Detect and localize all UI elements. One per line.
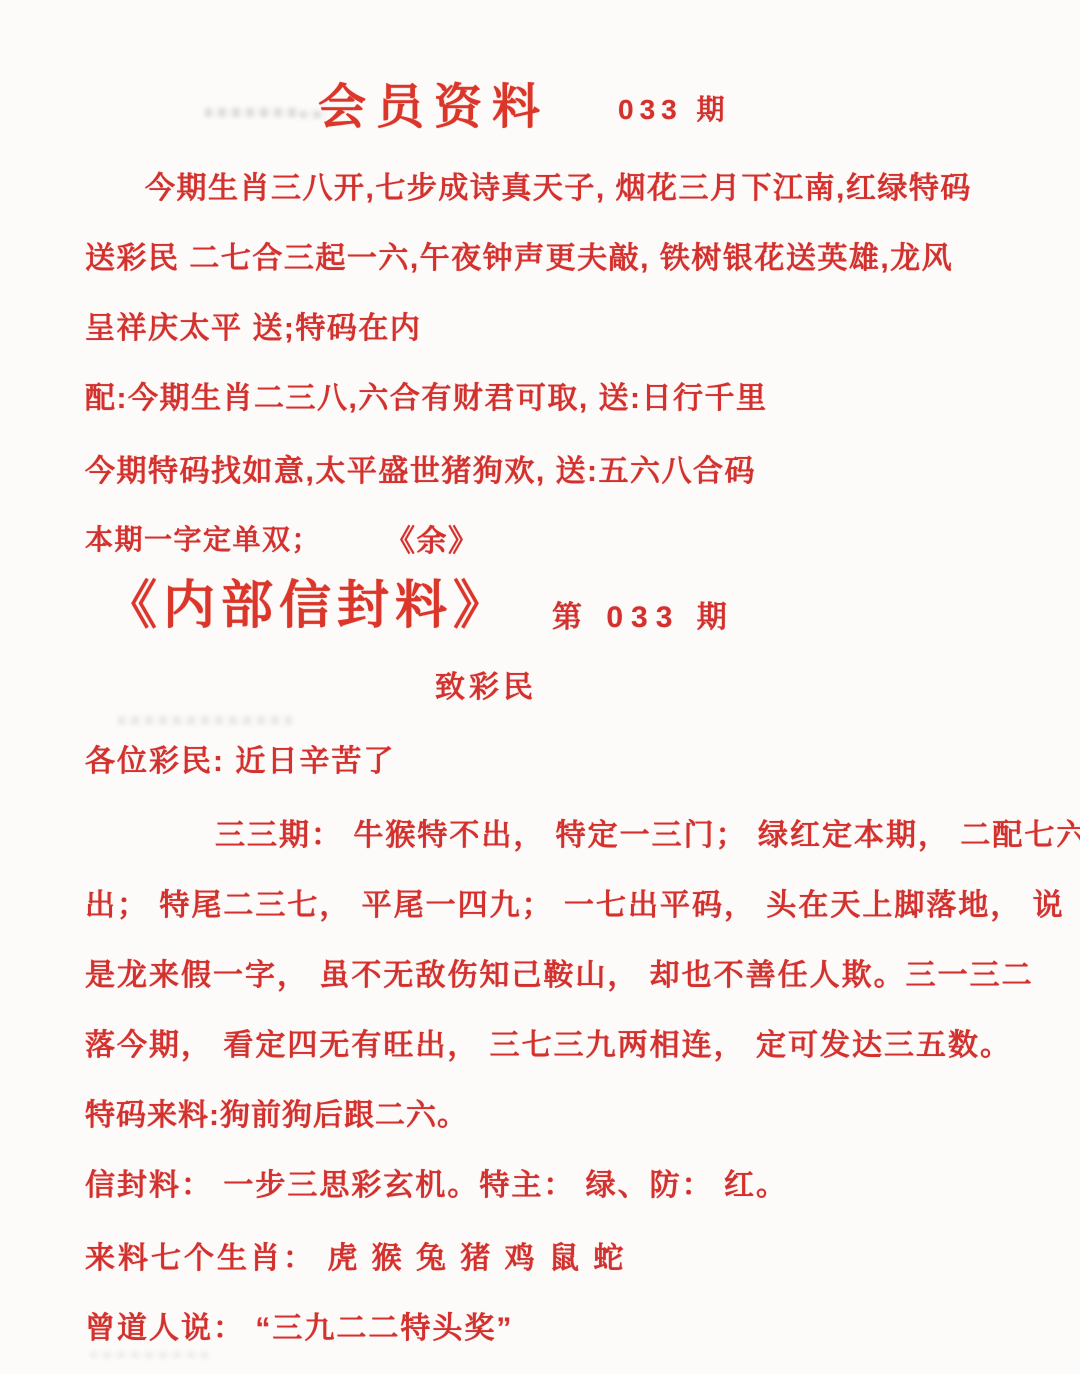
odd-even-label: 本期一字定单双；: [85, 518, 321, 558]
odd-even-value: 《余》: [385, 516, 480, 560]
special-code-line: 特码来料:狗前狗后跟二六。: [85, 1090, 468, 1134]
tip-line: 呈祥庆太平 送;特码在内: [85, 303, 421, 347]
member-info-issue-number: 033 期: [618, 88, 731, 128]
erased-text-smudge: [90, 1352, 210, 1358]
tip-line: 配:今期生肖二三八,六合有财君可取, 送:日行千里: [85, 373, 768, 417]
quote-line: 曾道人说： “三九二二特头奖”: [85, 1303, 513, 1347]
greeting-line: 各位彩民: 近日辛苦了: [85, 736, 395, 780]
salutation: 致彩民: [435, 662, 537, 706]
envelope-material-line: 信封料： 一步三思彩玄机。特主： 绿、防： 红。: [85, 1160, 788, 1204]
tip-line: 今期特码找如意,太平盛世猪狗欢, 送:五六八合码: [85, 446, 756, 490]
zodiac-list-line: 来料七个生肖： 虎 猴 兔 猪 鸡 鼠 蛇: [85, 1233, 626, 1277]
tip-line: 今期生肖三八开,七步成诗真天子, 烟花三月下江南,红绿特码: [145, 163, 972, 207]
envelope-material-heading: 《内部信封料》: [105, 563, 511, 638]
paragraph-line: 出； 特尾二三七， 平尾一四九； 一七出平码， 头在天上脚落地， 说: [85, 880, 1065, 924]
paragraph-line: 落今期， 看定四无有旺出， 三七三九两相连， 定可发达三五数。: [85, 1020, 1012, 1064]
lottery-tips-sheet: 会员资料 033 期 今期生肖三八开,七步成诗真天子, 烟花三月下江南,红绿特码…: [0, 0, 1080, 1374]
paragraph-line: 是龙来假一字， 虽不无敌伤知己鞍山， 却也不善任人欺。三一三二: [85, 950, 1034, 994]
envelope-issue-number: 第 033 期: [552, 592, 735, 636]
erased-text-smudge: [205, 108, 300, 117]
tip-line: 送彩民 二七合三起一六,午夜钟声更夫敲, 铁树银花送英雄,龙风: [85, 233, 953, 277]
member-info-title: 会员资料: [318, 68, 550, 137]
paragraph-line: 三三期： 牛猴特不出， 特定一三门； 绿红定本期， 二配七六: [215, 810, 1080, 854]
erased-text-smudge: [118, 716, 293, 725]
